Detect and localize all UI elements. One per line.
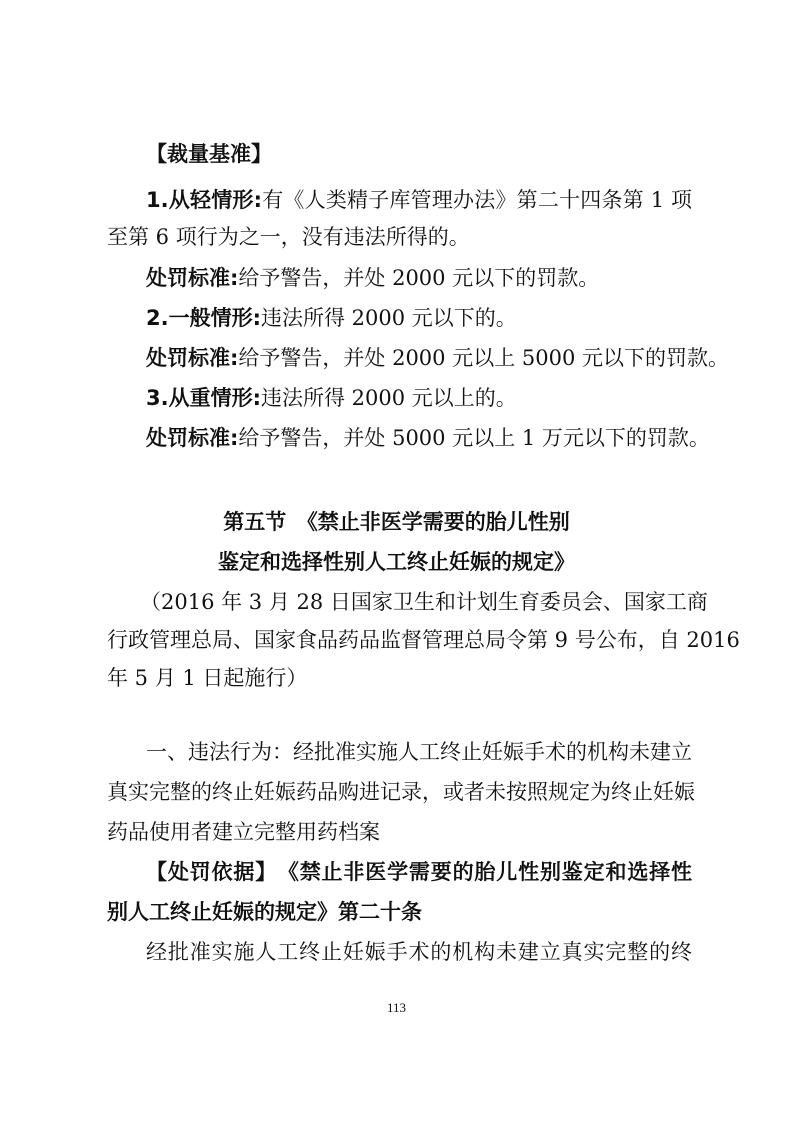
mitigating-label: 1.从轻情形: — [146, 188, 262, 212]
section-title-line-2: 鉴定和选择性别人工终止妊娠的规定》 — [0, 548, 793, 576]
penalty-standard-1: 处罚标准:给予警告，并处 2000 元以下的罚款。 — [146, 264, 692, 292]
general-label: 2.一般情形: — [146, 306, 261, 330]
mitigating-line-2: 至第 6 项行为之一，没有违法所得的。 — [107, 223, 692, 251]
aggravating-text: 违法所得 2000 元以上的。 — [261, 386, 517, 410]
general-text: 违法所得 2000 元以下的。 — [261, 306, 517, 330]
aggravating-label: 3.从重情形: — [146, 386, 261, 410]
mitigating-text: 有《人类精子库管理办法》第二十四条第 1 项 — [262, 188, 692, 212]
discretion-heading: 【裁量基准】 — [146, 140, 692, 168]
section-note-line-2: 行政管理总局、国家食品药品监督管理总局令第 9 号公布，自 2016 — [107, 626, 692, 654]
penalty-basis-line-1: 【处罚依据】 《禁止非医学需要的胎儿性别鉴定和选择性 — [146, 858, 692, 886]
section-title-line-1: 第五节 《禁止非医学需要的胎儿性别 — [0, 508, 793, 536]
penalty-standard-2: 处罚标准:给予警告，并处 2000 元以上 5000 元以下的罚款。 — [146, 344, 692, 372]
body-text-line: 经批准实施人工终止妊娠手术的机构未建立真实完整的终 — [146, 938, 692, 966]
violation-line-1: 一、违法行为：经批准实施人工终止妊娠手术的机构未建立 — [146, 738, 692, 766]
penalty-text: 给予警告，并处 2000 元以下的罚款。 — [238, 266, 599, 290]
penalty-label: 处罚标准: — [146, 426, 238, 450]
violation-line-2: 真实完整的终止妊娠药品购进记录，或者未按照规定为终止妊娠 — [107, 778, 692, 806]
page-number: 113 — [0, 1000, 793, 1016]
general-case: 2.一般情形:违法所得 2000 元以下的。 — [146, 304, 692, 332]
violation-line-3: 药品使用者建立完整用药档案 — [107, 818, 692, 846]
penalty-basis-line-2: 别人工终止妊娠的规定》第二十条 — [107, 898, 692, 926]
section-note-line-1: （2016 年 3 月 28 日国家卫生和计划生育委员会、国家工商 — [140, 588, 692, 616]
penalty-standard-3: 处罚标准:给予警告，并处 5000 元以上 1 万元以下的罚款。 — [146, 424, 692, 452]
mitigating-line: 1.从轻情形:有《人类精子库管理办法》第二十四条第 1 项 — [146, 186, 692, 214]
aggravating-case: 3.从重情形:违法所得 2000 元以上的。 — [146, 384, 692, 412]
penalty-label: 处罚标准: — [146, 346, 238, 370]
section-note-line-3: 年 5 月 1 日起施行） — [107, 664, 692, 692]
penalty-label: 处罚标准: — [146, 266, 238, 290]
penalty-text: 给予警告，并处 2000 元以上 5000 元以下的罚款。 — [238, 346, 729, 370]
penalty-text: 给予警告，并处 5000 元以上 1 万元以下的罚款。 — [238, 426, 710, 450]
